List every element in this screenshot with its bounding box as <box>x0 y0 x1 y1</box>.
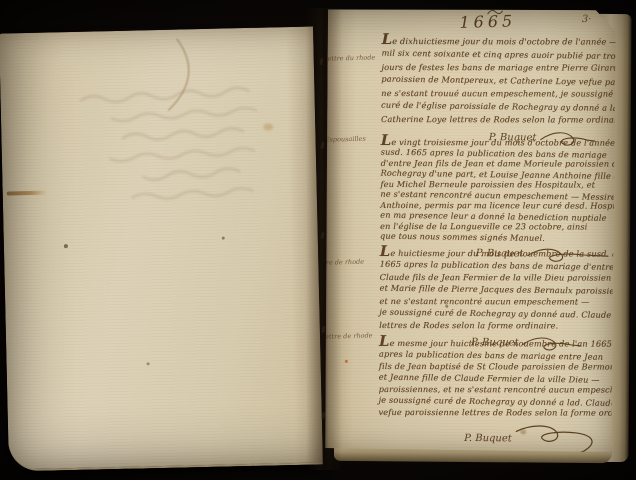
right-page: 1665 3· lettre du rhode Espousailles lre… <box>324 8 616 452</box>
entry-line: Catherine Loye lettres de Rodes selon la… <box>381 113 619 127</box>
stitch-mark <box>321 326 325 333</box>
speck <box>222 237 225 240</box>
speck <box>64 244 68 248</box>
register-entry: Le dixhuictiesme jour du mois d'octobre … <box>381 32 620 149</box>
speck <box>345 360 348 363</box>
entry-line: lettres de Rodes selon la forme ordinair… <box>379 319 617 332</box>
entry-line: que tous nous sommes signés Manuel. <box>380 230 618 244</box>
signature: P. Buquet <box>464 432 512 444</box>
manuscript-photo: 1665 3· lettre du rhode Espousailles lre… <box>0 0 636 480</box>
stain <box>7 191 47 196</box>
margin-note: Espousailles <box>325 134 383 144</box>
crease-mark <box>139 35 201 118</box>
stitch-mark <box>320 232 324 239</box>
entry-line: Le mesme jour huictiesme de nouembre de … <box>379 336 617 350</box>
stitch-mark <box>320 142 324 149</box>
register-entry: Le mesme jour huictiesme de nouembre de … <box>378 335 617 458</box>
stitch-mark <box>321 412 325 419</box>
left-page <box>0 26 323 471</box>
year-heading: 1665 <box>440 11 536 34</box>
entry-line: vefue paroissienne lettres de Rodes selo… <box>378 407 616 419</box>
margin-note: lre de rhode <box>324 257 382 267</box>
stain <box>263 123 273 130</box>
stain <box>520 429 526 434</box>
page-number: 3· <box>582 14 592 26</box>
speck <box>445 305 448 308</box>
heading-flourish <box>485 8 503 16</box>
margin-note: lettre de rhode <box>323 331 381 341</box>
stitch-mark <box>319 58 323 65</box>
margin-note: lettre du rhode <box>325 53 383 63</box>
speck <box>147 362 150 365</box>
